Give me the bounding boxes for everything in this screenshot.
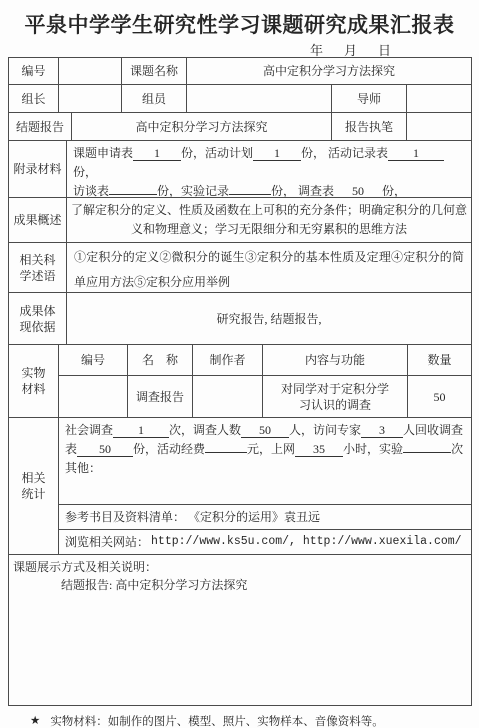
display-method-label: 课题展示方式及相关说明：: [13, 558, 157, 576]
filled-blank: 50: [334, 184, 382, 197]
stats-label-line2: 统计: [21, 486, 45, 502]
row-display-method: 课题展示方式及相关说明： 结题报告: 高中定积分学习方法探究: [9, 554, 471, 705]
text-segment: 人，访问专家: [289, 423, 361, 437]
display-method-content: 结题报告: 高中定积分学习方法探究: [61, 576, 247, 594]
row-appendix: 附录材料 课题申请表1份，活动计划1份， 活动记录表1份， 访谈表份，实验记录份…: [9, 140, 471, 197]
stats-references-row: 参考书目及资料清单： 《定积分的运用》袁丑远: [59, 504, 471, 529]
summary-label: 成果概述: [9, 198, 66, 242]
text-segment: 社会调查: [65, 423, 113, 437]
topic-label: 课题名称: [121, 58, 186, 84]
display-method-cell: 课题展示方式及相关说明： 结题报告: 高中定积分学习方法探究: [9, 555, 471, 705]
websites-label: 浏览相关网站：: [65, 534, 149, 550]
evidence-label: 成果体 现依据: [9, 293, 66, 344]
stats-counts-content: 社会调查1次，调查人数50人，访问专家3人回收调查 表50份，活动经费元，上网3…: [59, 418, 471, 504]
websites-urls: http://www.ks5u.com/, http://www.xuexila…: [151, 534, 462, 550]
physical-number-cell: [59, 376, 127, 417]
summary-text: 了解定积分的定义、性质及函数在上可积的充分条件；明确定积分的几何意义和物理意义；…: [66, 198, 471, 242]
stats-counts-row: 社会调查1次，调查人数50人，访问专家3人回收调查 表50份，活动经费元，上网3…: [59, 418, 471, 504]
row-terms: 相关科 学述语 ①定积分的定义②微积分的诞生③定积分的基本性质及定理④定积分的简…: [9, 242, 471, 292]
topic-value: 高中定积分学习方法探究: [186, 58, 471, 84]
text-segment: 份，活动经费: [133, 442, 205, 456]
empty-blank: [229, 194, 271, 195]
evidence-text: 研究报告, 结题报告,: [66, 293, 471, 344]
text-segment: 份，: [382, 184, 406, 197]
star-icon: ★: [30, 713, 40, 728]
terms-text: ①定积分的定义②微积分的诞生③定积分的基本性质及定理④定积分的简单应用方法⑤定积…: [66, 243, 471, 292]
final-report-label: 结题报告: [9, 113, 71, 140]
text-segment: 元，上网: [247, 442, 295, 456]
mentor-value-cell: [406, 85, 471, 112]
stats-label: 相关 统计: [9, 418, 58, 554]
col-header-qty: 数量: [407, 345, 471, 375]
physical-subtable: 编号 名 称 制作者 内容与功能 数量 调查报告 对同学对于定积分学习认识的调查…: [58, 345, 471, 417]
text-segment: 份，: [73, 165, 97, 179]
writer-value-cell: [406, 113, 471, 140]
terms-label-line1: 相关科: [19, 252, 55, 268]
appendix-content: 课题申请表1份，活动计划1份， 活动记录表1份， 访谈表份，实验记录份， 调查表…: [66, 141, 471, 197]
filled-blank: 50: [77, 442, 133, 457]
filled-blank: 1: [253, 146, 301, 161]
final-report-value: 高中定积分学习方法探究: [71, 113, 331, 140]
physical-label: 实物 材料: [9, 345, 58, 417]
row-final-report: 结题报告 高中定积分学习方法探究 报告执笔: [9, 112, 471, 140]
physical-label-line1: 实物: [21, 365, 45, 381]
text-segment: 份，活动计划: [181, 146, 253, 160]
filled-blank: 1: [133, 146, 181, 161]
text-segment: 课题申请表: [73, 146, 133, 160]
row-physical-materials: 实物 材料 编号 名 称 制作者 内容与功能 数量 调查报告 对同学对于定积分学…: [9, 344, 471, 417]
stats-line-2: 表50份，活动经费元，上网35小时，实验次: [65, 440, 465, 459]
page-title: 平泉中学学生研究性学习课题研究成果汇报表: [0, 0, 479, 39]
col-header-maker: 制作者: [192, 345, 262, 375]
footnote: ★ 实物材料：如制作的图片、模型、照片、实物样本、音像资料等。: [30, 713, 384, 728]
col-header-content: 内容与功能: [262, 345, 407, 375]
row-summary: 成果概述 了解定积分的定义、性质及函数在上可积的充分条件；明确定积分的几何意义和…: [9, 197, 471, 242]
text-segment: 人回收调查: [403, 423, 463, 437]
text-segment: 表: [65, 442, 77, 456]
physical-data-row: 调查报告 对同学对于定积分学习认识的调查 50: [59, 375, 471, 417]
number-label: 编号: [9, 58, 58, 84]
terms-label: 相关科 学述语: [9, 243, 66, 292]
stats-websites: 浏览相关网站： http://www.ks5u.com/, http://www…: [59, 530, 471, 554]
members-value-cell: [186, 85, 331, 112]
filled-blank: 50: [241, 423, 289, 438]
footnote-text: 实物材料：如制作的图片、模型、照片、实物样本、音像资料等。: [50, 713, 384, 728]
stats-websites-row: 浏览相关网站： http://www.ks5u.com/, http://www…: [59, 529, 471, 554]
physical-maker-cell: [192, 376, 262, 417]
physical-label-line2: 材料: [21, 381, 45, 397]
empty-blank: [403, 452, 451, 453]
physical-name-cell: 调查报告: [127, 376, 192, 417]
row-members: 组长 组员 导师: [9, 84, 471, 112]
filled-blank: 35: [295, 442, 343, 457]
row-statistics: 相关 统计 社会调查1次，调查人数50人，访问专家3人回收调查 表50份，活动经…: [9, 417, 471, 554]
physical-content-cell: 对同学对于定积分学习认识的调查: [262, 376, 407, 417]
text-segment: 份， 调查表: [271, 184, 334, 197]
writer-label: 报告执笔: [331, 113, 406, 140]
row-evidence: 成果体 现依据 研究报告, 结题报告,: [9, 292, 471, 344]
appendix-line-2: 访谈表份，实验记录份， 调查表50份，: [73, 182, 465, 197]
text-segment: 份，实验记录: [157, 184, 229, 197]
text-segment: 小时，实验: [343, 442, 403, 456]
empty-blank: [109, 194, 157, 195]
number-value-cell: [58, 58, 121, 84]
terms-label-line2: 学述语: [19, 268, 55, 284]
report-form-page: 平泉中学学生研究性学习课题研究成果汇报表 年 月 日 编号 课题名称 高中定积分…: [0, 0, 479, 728]
report-table: 编号 课题名称 高中定积分学习方法探究 组长 组员 导师 结题报告 高中定积分学…: [8, 57, 472, 706]
evidence-label-line1: 成果体: [19, 303, 55, 319]
col-header-name: 名 称: [127, 345, 192, 375]
stats-line-1: 社会调查1次，调查人数50人，访问专家3人回收调查: [65, 421, 465, 440]
stats-references: 参考书目及资料清单： 《定积分的运用》袁丑远: [59, 505, 471, 529]
col-header-number: 编号: [59, 345, 127, 375]
physical-qty-cell: 50: [407, 376, 471, 417]
filled-blank: 3: [361, 423, 403, 438]
mentor-label: 导师: [331, 85, 406, 112]
text-segment: 访谈表: [73, 184, 109, 197]
members-label: 组员: [121, 85, 186, 112]
text-segment: 次: [451, 442, 463, 456]
text-segment: 次，调查人数: [169, 423, 241, 437]
text-segment: 份， 活动记录表: [301, 146, 388, 160]
stats-label-line1: 相关: [21, 470, 45, 486]
empty-blank: [205, 452, 247, 453]
row-number-topic: 编号 课题名称 高中定积分学习方法探究: [9, 58, 471, 84]
filled-blank: 1: [113, 423, 169, 438]
evidence-label-line2: 现依据: [19, 319, 55, 335]
appendix-label: 附录材料: [9, 141, 66, 197]
leader-value-cell: [58, 85, 121, 112]
stats-subtable: 社会调查1次，调查人数50人，访问专家3人回收调查 表50份，活动经费元，上网3…: [58, 418, 471, 554]
leader-label: 组长: [9, 85, 58, 112]
appendix-line-1: 课题申请表1份，活动计划1份， 活动记录表1份，: [73, 144, 465, 182]
physical-header-row: 编号 名 称 制作者 内容与功能 数量: [59, 345, 471, 375]
stats-line-3: 其他：: [65, 459, 465, 478]
filled-blank: 1: [388, 146, 444, 161]
